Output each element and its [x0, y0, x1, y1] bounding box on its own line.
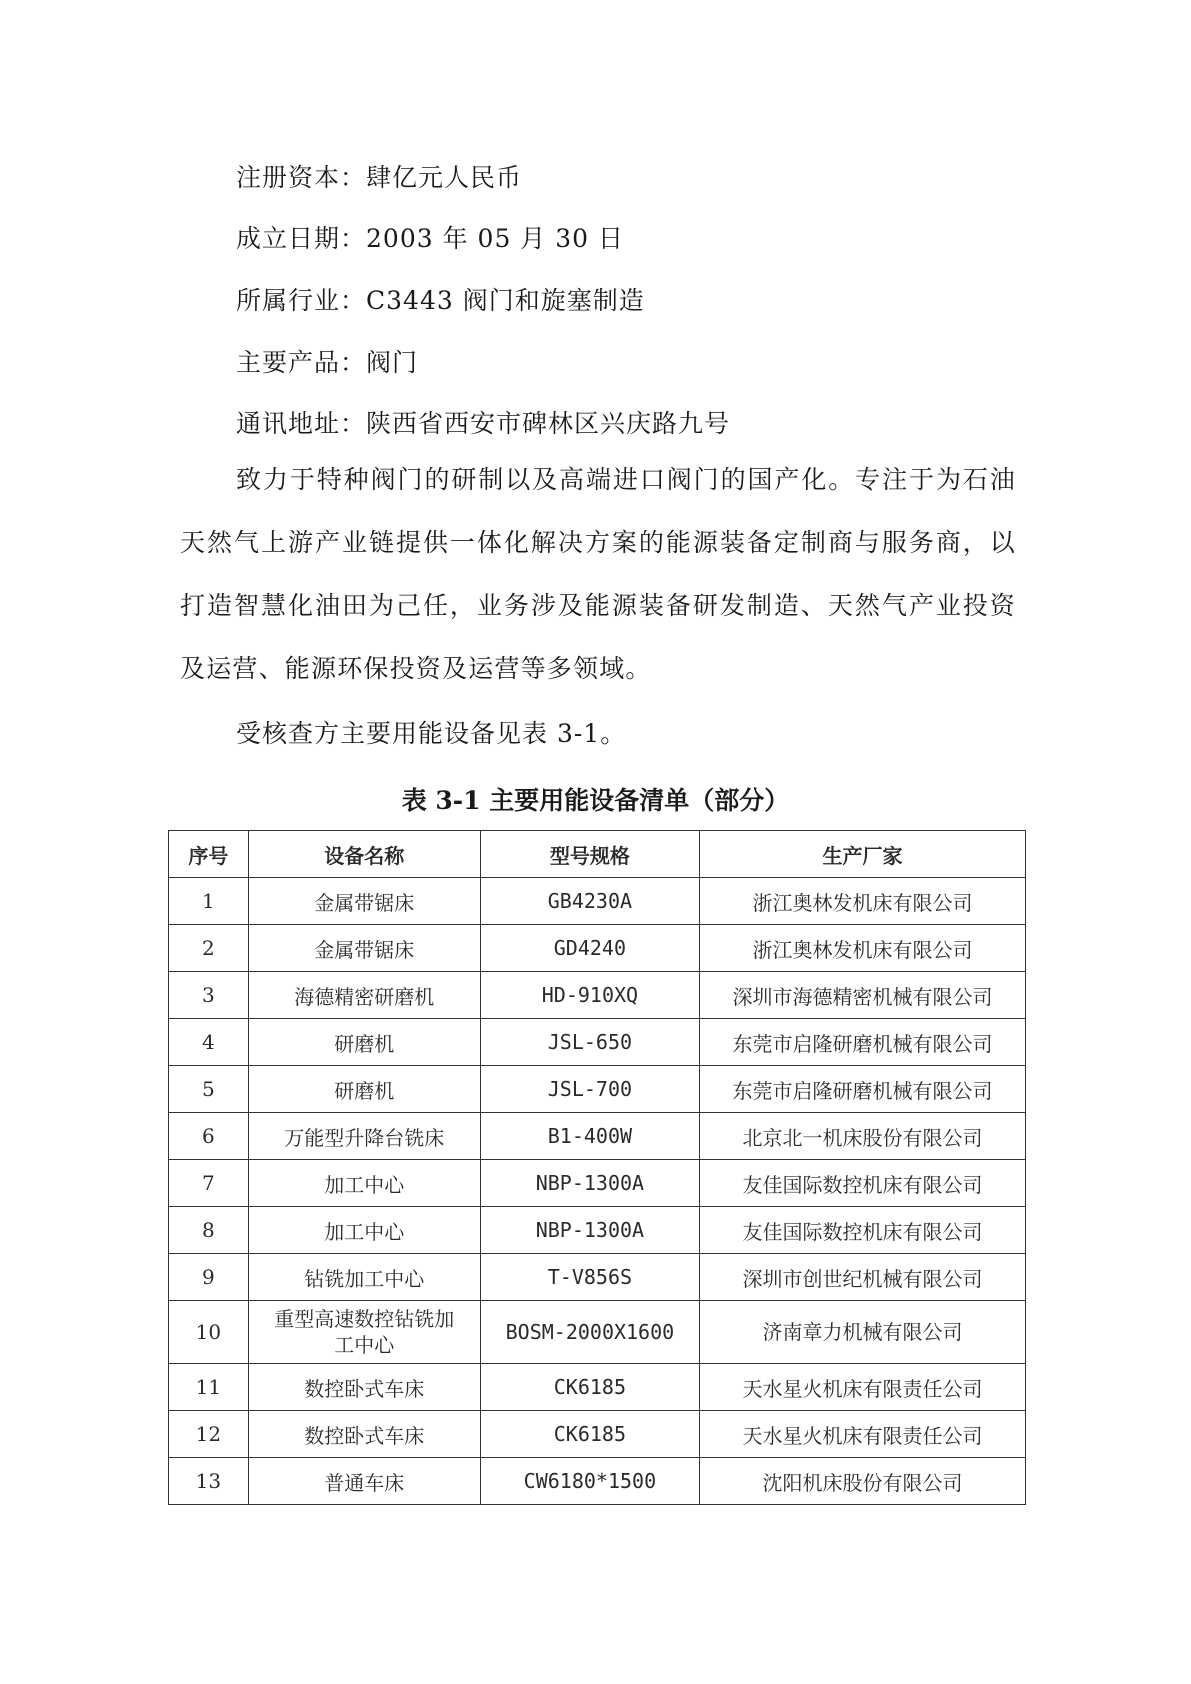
cell-name: 海德精密研磨机 — [248, 972, 480, 1019]
table-row: 7加工中心NBP-1300A友佳国际数控机床有限公司 — [169, 1160, 1026, 1207]
header-index: 序号 — [169, 831, 249, 878]
info-industry: 所属行业：C3443 阀门和旋塞制造 — [236, 285, 645, 317]
cell-manufacturer: 深圳市创世纪机械有限公司 — [699, 1254, 1025, 1301]
cell-name: 金属带锯床 — [248, 925, 480, 972]
cell-name: 加工中心 — [248, 1207, 480, 1254]
cell-manufacturer: 深圳市海德精密机械有限公司 — [699, 972, 1025, 1019]
cell-index: 11 — [169, 1364, 249, 1411]
cell-index: 1 — [169, 878, 249, 925]
cell-index: 10 — [169, 1301, 249, 1364]
table-header-row: 序号 设备名称 型号规格 生产厂家 — [169, 831, 1026, 878]
cell-index: 6 — [169, 1113, 249, 1160]
info-label: 通讯地址： — [236, 409, 366, 438]
info-address: 通讯地址：陕西省西安市碑林区兴庆路九号 — [236, 408, 730, 440]
cell-model: NBP-1300A — [480, 1160, 699, 1207]
company-description: 致力于特种阀门的研制以及高端进口阀门的国产化。专注于为石油天然气上游产业链提供一… — [180, 448, 1016, 700]
info-label: 成立日期： — [236, 224, 366, 253]
cell-model: JSL-700 — [480, 1066, 699, 1113]
table-row: 13普通车床CW6180*1500沈阳机床股份有限公司 — [169, 1458, 1026, 1505]
info-value: 肆亿元人民币 — [366, 163, 522, 192]
cell-name: 万能型升降台铣床 — [248, 1113, 480, 1160]
table-row: 2金属带锯床GD4240浙江奥林发机床有限公司 — [169, 925, 1026, 972]
table-row: 11数控卧式车床CK6185天水星火机床有限责任公司 — [169, 1364, 1026, 1411]
cell-model: BOSM-2000X1600 — [480, 1301, 699, 1364]
cell-model: JSL-650 — [480, 1019, 699, 1066]
cell-manufacturer: 济南章力机械有限公司 — [699, 1301, 1025, 1364]
cell-name: 钻铣加工中心 — [248, 1254, 480, 1301]
equipment-table: 序号 设备名称 型号规格 生产厂家 1金属带锯床GB4230A浙江奥林发机床有限… — [168, 830, 1026, 1505]
cell-model: CK6185 — [480, 1364, 699, 1411]
table-row: 9钻铣加工中心T-V856S深圳市创世纪机械有限公司 — [169, 1254, 1026, 1301]
cell-manufacturer: 浙江奥林发机床有限公司 — [699, 925, 1025, 972]
cell-name: 金属带锯床 — [248, 878, 480, 925]
cell-manufacturer: 北京北一机床股份有限公司 — [699, 1113, 1025, 1160]
cell-manufacturer: 东莞市启隆研磨机械有限公司 — [699, 1066, 1025, 1113]
cell-model: CW6180*1500 — [480, 1458, 699, 1505]
table-caption: 表 3-1 主要用能设备清单（部分） — [0, 785, 1191, 817]
table-row: 5研磨机JSL-700东莞市启隆研磨机械有限公司 — [169, 1066, 1026, 1113]
cell-name: 研磨机 — [248, 1066, 480, 1113]
table-row: 1金属带锯床GB4230A浙江奥林发机床有限公司 — [169, 878, 1026, 925]
cell-manufacturer: 沈阳机床股份有限公司 — [699, 1458, 1025, 1505]
cell-manufacturer: 天水星火机床有限责任公司 — [699, 1364, 1025, 1411]
cell-index: 8 — [169, 1207, 249, 1254]
info-label: 主要产品： — [236, 348, 366, 377]
cell-index: 13 — [169, 1458, 249, 1505]
table-row: 10重型高速数控钻铣加工中心BOSM-2000X1600济南章力机械有限公司 — [169, 1301, 1026, 1364]
cell-model: GD4240 — [480, 925, 699, 972]
cell-name: 研磨机 — [248, 1019, 480, 1066]
cell-name: 加工中心 — [248, 1160, 480, 1207]
cell-model: CK6185 — [480, 1411, 699, 1458]
header-manufacturer: 生产厂家 — [699, 831, 1025, 878]
info-value: 阀门 — [366, 348, 418, 377]
table-row: 8加工中心NBP-1300A友佳国际数控机床有限公司 — [169, 1207, 1026, 1254]
cell-manufacturer: 浙江奥林发机床有限公司 — [699, 878, 1025, 925]
cell-name: 普通车床 — [248, 1458, 480, 1505]
cell-index: 3 — [169, 972, 249, 1019]
cell-name: 数控卧式车床 — [248, 1364, 480, 1411]
info-main-product: 主要产品：阀门 — [236, 347, 418, 379]
info-established-date: 成立日期：2003 年 05 月 30 日 — [236, 223, 624, 255]
table-row: 4研磨机JSL-650东莞市启隆研磨机械有限公司 — [169, 1019, 1026, 1066]
cell-name: 数控卧式车床 — [248, 1411, 480, 1458]
cell-index: 2 — [169, 925, 249, 972]
info-registered-capital: 注册资本：肆亿元人民币 — [236, 162, 522, 194]
cell-model: GB4230A — [480, 878, 699, 925]
cell-model: T-V856S — [480, 1254, 699, 1301]
cell-index: 4 — [169, 1019, 249, 1066]
info-label: 注册资本： — [236, 163, 366, 192]
info-value: C3443 阀门和旋塞制造 — [366, 286, 645, 315]
info-label: 所属行业： — [236, 286, 366, 315]
cell-index: 7 — [169, 1160, 249, 1207]
table-row: 3海德精密研磨机HD-910XQ深圳市海德精密机械有限公司 — [169, 972, 1026, 1019]
cell-manufacturer: 友佳国际数控机床有限公司 — [699, 1207, 1025, 1254]
header-equipment-name: 设备名称 — [248, 831, 480, 878]
cell-index: 5 — [169, 1066, 249, 1113]
cell-model: HD-910XQ — [480, 972, 699, 1019]
cell-manufacturer: 东莞市启隆研磨机械有限公司 — [699, 1019, 1025, 1066]
cell-name: 重型高速数控钻铣加工中心 — [248, 1301, 480, 1364]
table-row: 6万能型升降台铣床B1-400W北京北一机床股份有限公司 — [169, 1113, 1026, 1160]
cell-index: 9 — [169, 1254, 249, 1301]
cell-index: 12 — [169, 1411, 249, 1458]
cell-manufacturer: 天水星火机床有限责任公司 — [699, 1411, 1025, 1458]
info-value: 2003 年 05 月 30 日 — [366, 224, 624, 253]
table-row: 12数控卧式车床CK6185天水星火机床有限责任公司 — [169, 1411, 1026, 1458]
cell-model: NBP-1300A — [480, 1207, 699, 1254]
cell-manufacturer: 友佳国际数控机床有限公司 — [699, 1160, 1025, 1207]
cell-model: B1-400W — [480, 1113, 699, 1160]
header-model: 型号规格 — [480, 831, 699, 878]
info-value: 陕西省西安市碑林区兴庆路九号 — [366, 409, 730, 438]
table-reference: 受核查方主要用能设备见表 3-1。 — [236, 718, 626, 750]
